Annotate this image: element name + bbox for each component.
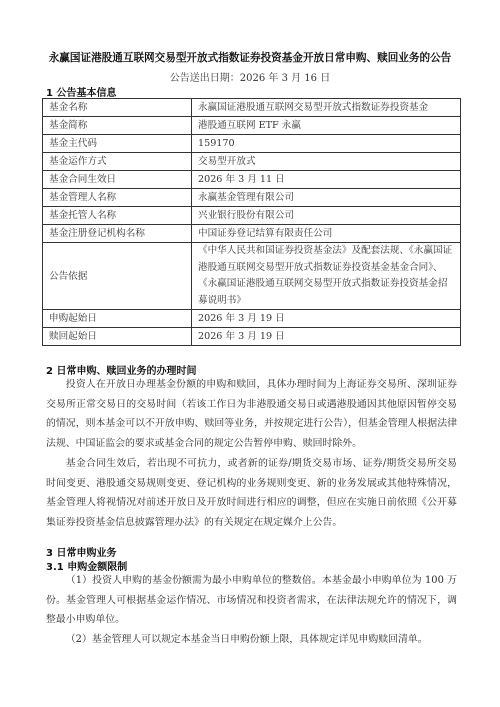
section-3-heading: 3 日常申购业务 bbox=[46, 544, 116, 559]
row-key: 赎回起始日 bbox=[43, 328, 192, 346]
document-title: 永赢国证港股通互联网交易型开放式指数证券投资基金开放日常申购、赎回业务的公告 bbox=[0, 50, 500, 65]
row-key: 公告依据 bbox=[43, 243, 192, 310]
basic-info-table: 基金名称 永赢国证港股通互联网交易型开放式指数证券投资基金 基金简称 港股通互联… bbox=[42, 98, 461, 346]
row-value: 159170 bbox=[192, 135, 461, 153]
table-row: 基金管理人名称 永赢基金管理有限公司 bbox=[43, 189, 461, 207]
table-row: 基金简称 港股通互联网 ETF 永赢 bbox=[43, 117, 461, 135]
table-row: 基金托管人名称 兴业银行股份有限公司 bbox=[43, 207, 461, 225]
row-value: 港股通互联网 ETF 永赢 bbox=[192, 117, 461, 135]
row-value: 兴业银行股份有限公司 bbox=[192, 207, 461, 225]
announcement-page: 永赢国证港股通互联网交易型开放式指数证券投资基金开放日常申购、赎回业务的公告 公… bbox=[0, 0, 500, 707]
table-row: 申购起始日 2026 年 3 月 19 日 bbox=[43, 310, 461, 328]
row-key: 基金注册登记机构名称 bbox=[43, 225, 192, 243]
row-key: 基金运作方式 bbox=[43, 153, 192, 171]
section-1-heading: 1 公告基本信息 bbox=[46, 84, 116, 99]
row-value: 交易型开放式 bbox=[192, 153, 461, 171]
row-value: 中国证券登记结算有限责任公司 bbox=[192, 225, 461, 243]
row-value: 2026 年 3 月 19 日 bbox=[192, 328, 461, 346]
row-value: 永赢国证港股通互联网交易型开放式指数证券投资基金 bbox=[192, 99, 461, 117]
paragraph: 基金合同生效后，若出现不可抗力，或者新的证券/期货交易市场、证券/期货交易所交易… bbox=[46, 454, 457, 532]
row-value: 《中华人民共和国证券投资基金法》及配套法规、《永赢国证港股通互联网交易型开放式指… bbox=[192, 243, 461, 310]
table-row: 基金运作方式 交易型开放式 bbox=[43, 153, 461, 171]
table-row: 赎回起始日 2026 年 3 月 19 日 bbox=[43, 328, 461, 346]
table-row: 基金名称 永赢国证港股通互联网交易型开放式指数证券投资基金 bbox=[43, 99, 461, 117]
paragraph: 投资人在开放日办理基金份额的申购和赎回，具体办理时间为上海证券交易所、深圳证券交… bbox=[46, 375, 457, 453]
table-row: 基金注册登记机构名称 中国证券登记结算有限责任公司 bbox=[43, 225, 461, 243]
paragraph: （1）投资人申购的基金份额需为最小申购单位的整数倍。本基金最小申购单位为 100… bbox=[46, 571, 457, 630]
row-value: 永赢基金管理有限公司 bbox=[192, 189, 461, 207]
row-key: 基金主代码 bbox=[43, 135, 192, 153]
row-key: 基金托管人名称 bbox=[43, 207, 192, 225]
row-key: 基金名称 bbox=[43, 99, 192, 117]
table-row: 基金合同生效日 2026 年 3 月 11 日 bbox=[43, 171, 461, 189]
row-value: 2026 年 3 月 11 日 bbox=[192, 171, 461, 189]
row-key: 基金合同生效日 bbox=[43, 171, 192, 189]
paragraph: （2）基金管理人可以规定本基金当日申购份额上限，具体规定详见申购赎回清单。 bbox=[46, 630, 457, 650]
table-row: 基金主代码 159170 bbox=[43, 135, 461, 153]
row-key: 基金简称 bbox=[43, 117, 192, 135]
row-value: 2026 年 3 月 19 日 bbox=[192, 310, 461, 328]
send-date: 公告送出日期：2026 年 3 月 16 日 bbox=[0, 69, 500, 84]
table-row: 公告依据 《中华人民共和国证券投资基金法》及配套法规、《永赢国证港股通互联网交易… bbox=[43, 243, 461, 310]
row-key: 申购起始日 bbox=[43, 310, 192, 328]
row-key: 基金管理人名称 bbox=[43, 189, 192, 207]
